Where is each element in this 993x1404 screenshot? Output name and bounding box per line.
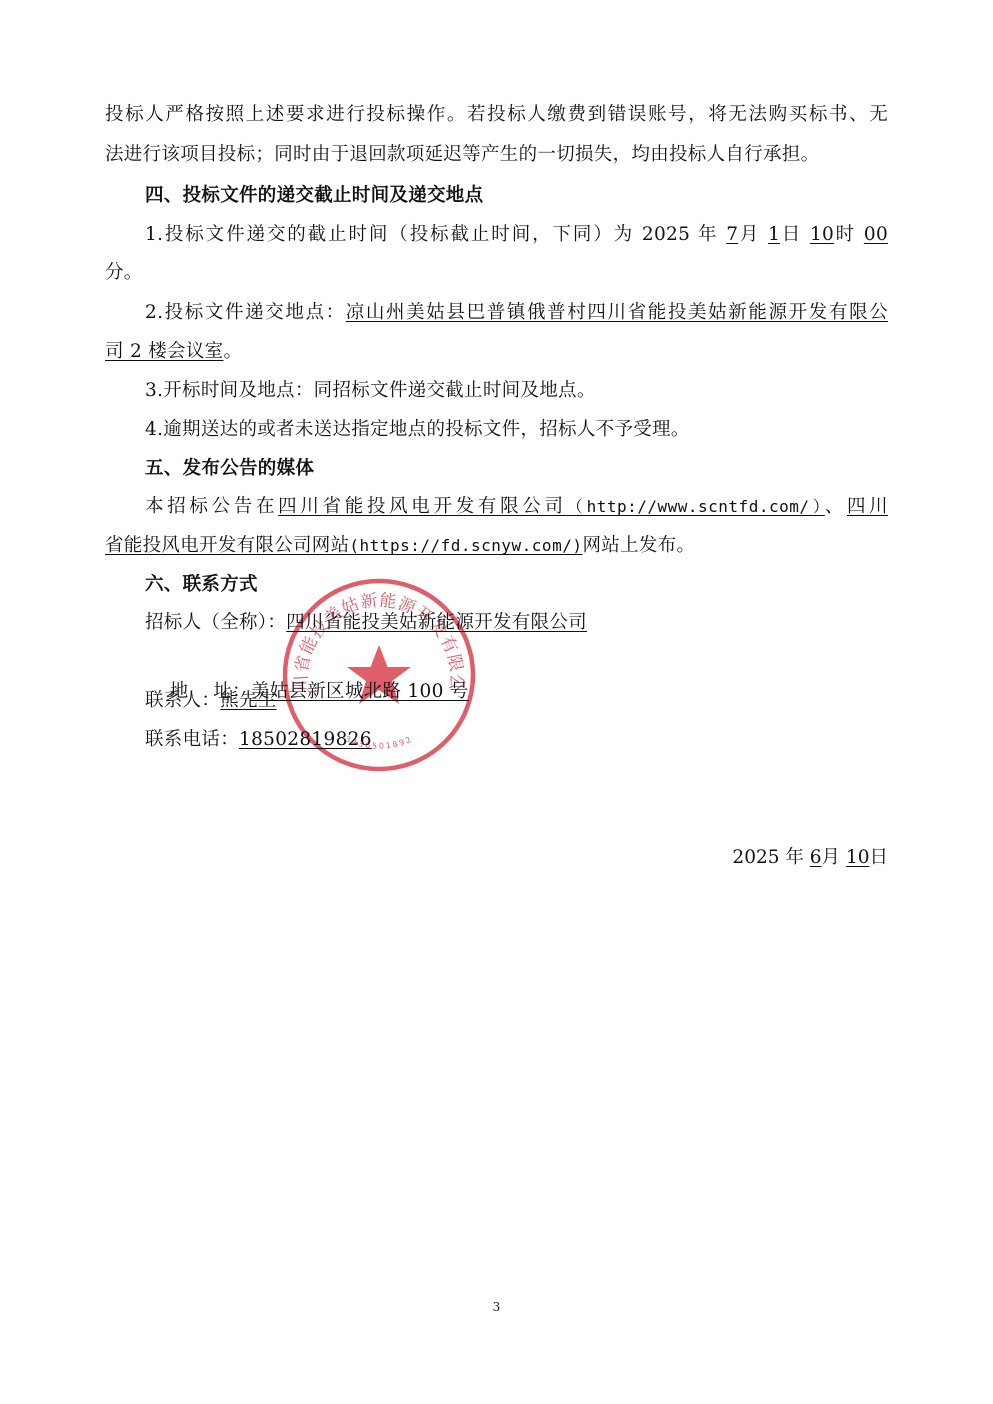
contact-value: 熊先生 [220,690,276,711]
deadline-month: 7 [726,224,738,245]
minute-unit: 分。 [105,262,143,283]
deadline-minute: 00 [864,224,888,245]
item-text: 4.逾期送达的或者未送达指定地点的投标文件，招标人不予受理。 [145,419,690,440]
signature-date: 2025 年 6月 10日 [732,843,888,873]
document-page: 投标人严格按照上述要求进行投标操作。若投标人缴费到错误账号，将无法购买标书、无 … [0,0,993,1404]
paragraph-text: 法进行该项目投标；同时由于退回款项延迟等产生的一切损失，均由投标人自行承担。 [105,144,819,165]
media-url-1[interactable]: （http://www.scntfd.com/） [567,497,825,516]
media-suffix: 网站上发布。 [582,535,695,556]
section-4-item-3: 3.开标时间及地点：同招标文件递交截止时间及地点。 [145,376,888,406]
section-4-item-4: 4.逾期送达的或者未送达指定地点的投标文件，招标人不予受理。 [145,415,888,445]
section-5-heading: 五、发布公告的媒体 [145,454,888,484]
phone-label: 联系电话： [145,729,239,750]
location-value-cont: 司 2 楼会议室 [105,341,223,362]
heading-text: 五、发布公告的媒体 [145,458,314,479]
contact-address-row: 地 址：美姑县新区城北路 100 号 [145,647,888,677]
date-month: 6 [810,847,822,868]
deadline-day: 1 [768,224,780,245]
media-org-1: 四川省能投风电开发有限公司 [278,496,567,517]
location-value: 凉山州美姑县巴普镇俄普村四川省能投美姑新能源开发有限公 [346,302,888,323]
month-unit: 月 [738,224,768,245]
media-url-2[interactable]: (https://fd.scnyw.com/) [349,536,582,555]
section-4-item-1-cont: 分。 [105,258,888,288]
item-text: 3.开标时间及地点：同招标文件递交截止时间及地点。 [145,380,596,401]
date-day-unit: 日 [869,847,888,868]
paragraph-text: 投标人严格按照上述要求进行投标操作。若投标人缴费到错误账号，将无法购买标书、无 [105,104,888,125]
separator: 、 [825,496,847,517]
tenderer-value: 四川省能投美姑新能源开发有限公司 [286,612,587,633]
contact-phone-row: 联系电话：18502819826 [145,725,888,755]
paragraph-line: 法进行该项目投标；同时由于退回款项延迟等产生的一切损失，均由投标人自行承担。 [105,140,888,170]
paragraph-line: 投标人严格按照上述要求进行投标操作。若投标人缴费到错误账号，将无法购买标书、无 [105,100,888,130]
tenderer-label: 招标人（全称）： [145,612,286,633]
date-month-unit: 月 [822,847,846,868]
heading-text: 六、联系方式 [145,574,258,595]
punctuation: 。 [223,341,242,362]
contact-label: 联系人： [145,690,220,711]
date-year: 2025 年 [732,847,809,868]
day-unit: 日 [780,224,810,245]
section-5-line-1: 本招标公告在四川省能投风电开发有限公司（http://www.scntfd.co… [145,492,888,522]
section-5-line-2: 省能投风电开发有限公司网站(https://fd.scnyw.com/)网站上发… [105,531,888,561]
media-prefix: 本招标公告在 [145,496,278,517]
deadline-hour: 10 [810,224,834,245]
page-number: 3 [0,1300,993,1314]
media-org-2-start: 四川 [847,496,888,517]
contact-tenderer-row: 招标人（全称）：四川省能投美姑新能源开发有限公司 [145,608,888,638]
section-4-item-2: 2.投标文件递交地点：凉山州美姑县巴普镇俄普村四川省能投美姑新能源开发有限公 [145,298,888,328]
heading-text: 四、投标文件的递交截止时间及递交地点 [145,185,483,206]
location-label: 2.投标文件递交地点： [145,302,346,323]
deadline-prefix: 1.投标文件递交的截止时间（投标截止时间，下同）为 2025 年 [145,224,726,245]
media-org-2-end: 省能投风电开发有限公司网站 [105,535,349,556]
date-day: 10 [846,847,870,868]
section-4-item-2-cont: 司 2 楼会议室。 [105,337,888,367]
phone-value[interactable]: 18502819826 [239,729,372,750]
contact-person-row: 联系人：熊先生 [145,686,888,716]
hour-unit: 时 [834,224,864,245]
section-6-heading: 六、联系方式 [145,570,888,600]
section-4-item-1: 1.投标文件递交的截止时间（投标截止时间，下同）为 2025 年 7月 1日 1… [145,220,888,250]
section-4-heading: 四、投标文件的递交截止时间及递交地点 [145,181,888,211]
